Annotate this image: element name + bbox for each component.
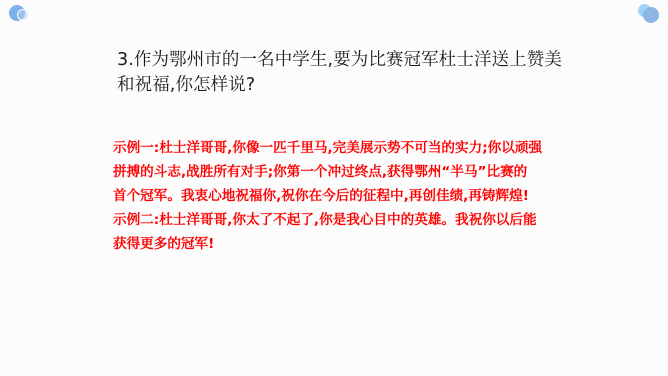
slide: 3.作为鄂州市的一名中学生,要为比赛冠军杜士洋送上赞美 和祝福,你怎样说? 示例…: [0, 0, 668, 376]
answer-line: 示例一:杜士洋哥哥,你像一匹千里马,完美展示势不可当的实力;你以顽强: [113, 136, 593, 160]
answer-line: 首个冠军。我衷心地祝福你,祝你在今后的征程中,再创佳绩,再铸辉煌!: [113, 184, 593, 208]
answer-line: 拼搏的斗志,战胜所有对手;你第一个冲过终点,获得鄂州“半马”比赛的: [113, 160, 593, 184]
question-text: 3.作为鄂州市的一名中学生,要为比赛冠军杜士洋送上赞美 和祝福,你怎样说?: [117, 48, 587, 98]
sample-answers: 示例一:杜士洋哥哥,你像一匹千里马,完美展示势不可当的实力;你以顽强 拼搏的斗志…: [113, 136, 593, 256]
ring-decoration-icon: [17, 9, 29, 21]
answer-line: 获得更多的冠军!: [113, 232, 593, 256]
answer-line: 示例二:杜士洋哥哥,你太了不起了,你是我心目中的英雄。我祝你以后能: [113, 208, 593, 232]
question-line: 和祝福,你怎样说?: [117, 73, 587, 98]
circle-decoration-icon: [643, 7, 659, 23]
question-line: 3.作为鄂州市的一名中学生,要为比赛冠军杜士洋送上赞美: [117, 48, 587, 73]
